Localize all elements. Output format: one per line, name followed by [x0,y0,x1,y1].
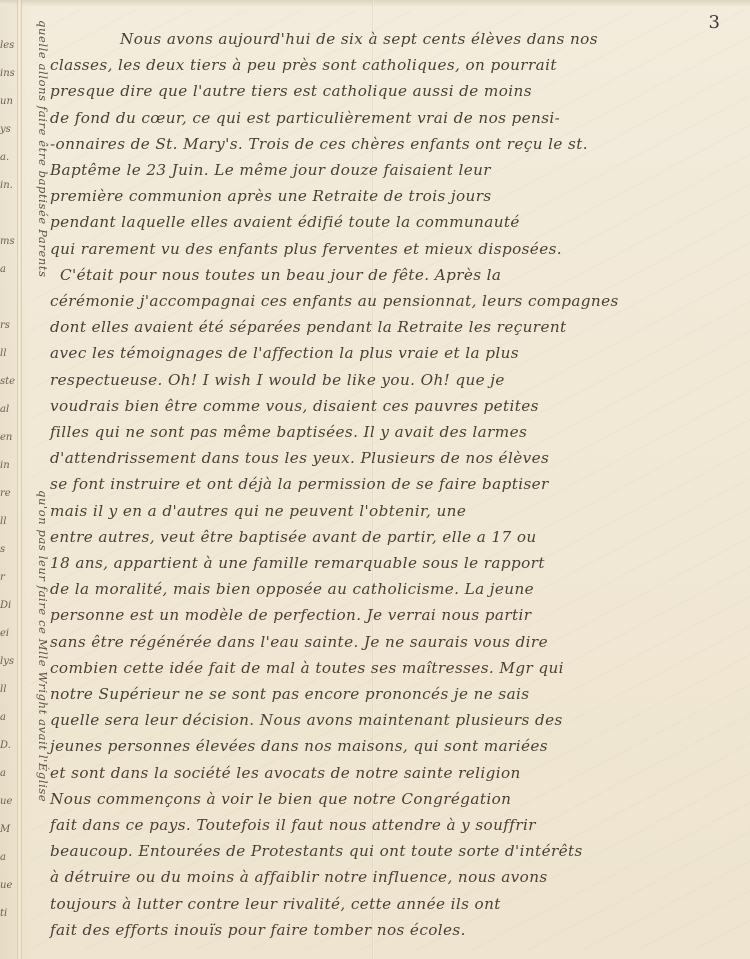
edge-fragment: in. [0,180,16,191]
letter-line: qui rarement vu des enfants plus fervent… [50,240,562,258]
letter-line: de la moralité, mais bien opposée au cat… [50,580,534,598]
letter-line: voudrais bien être comme vous, disaient … [50,397,539,415]
margin-note-upper: quelle allons faire être baptisée Parent… [36,20,50,278]
letter-line: de fond du cœur, ce qui est particulière… [50,109,560,127]
letter-page: 3 lesinsunysa.in.msarsllstealeninrellsrD… [0,0,750,959]
margin-note-lower: qu'on pas leur faire ce Mlle Wright avai… [36,490,50,802]
letter-line: respectueuse. Oh! I wish I would be like… [50,371,505,389]
edge-fragment: a. [0,152,16,163]
edge-fragment: ll [0,516,16,527]
letter-line: et sont dans la société les avocats de n… [50,764,521,782]
letter-line: quelle sera leur décision. Nous avons ma… [50,711,563,729]
edge-fragment: a [0,264,16,275]
edge-fragment: rs [0,320,16,331]
edge-fragment: M [0,824,16,835]
vertical-margin-note: quelle allons faire être baptisée Parent… [24,20,44,950]
edge-fragment: ste [0,376,16,387]
letter-line: mais il y en a d'autres qui ne peuvent l… [50,502,466,520]
letter-line: avec les témoignages de l'affection la p… [50,344,519,362]
letter-line: dont elles avaient été séparées pendant … [50,318,567,336]
letter-line: d'attendrissement dans tous les yeux. Pl… [50,449,549,467]
letter-line: toujours à lutter contre leur rivalité, … [50,895,501,913]
letter-line: sans être régénérée dans l'eau sainte. J… [50,633,548,651]
letter-line: presque dire que l'autre tiers est catho… [50,82,532,100]
edge-fragment: lys [0,656,16,667]
letter-line: pendant laquelle elles avaient édifié to… [50,213,520,231]
letter-line: première communion après une Retraite de… [50,187,492,205]
page-number: 3 [709,12,720,33]
letter-line: 18 ans, appartient à une famille remarqu… [50,554,545,572]
edge-fragment: re [0,488,16,499]
letter-line: fait dans ce pays. Toutefois il faut nou… [50,816,536,834]
letter-line: entre autres, veut être baptisée avant d… [50,528,537,546]
edge-fragment: en [0,432,16,443]
letter-line: personne est un modèle de perfection. Je… [50,606,531,624]
letter-line: se font instruire et ont déjà la permiss… [50,475,549,493]
edge-fragment: in [0,460,16,471]
edge-fragment: ys [0,124,16,135]
letter-line: cérémonie j'accompagnai ces enfants au p… [50,292,619,310]
left-fold-line [17,0,22,959]
letter-line: filles qui ne sont pas même baptisées. I… [50,423,527,441]
edge-fragment: a [0,768,16,779]
edge-fragment: ue [0,796,16,807]
edge-fragment: les [0,40,16,51]
edge-fragment: un [0,96,16,107]
edge-fragment: ei [0,628,16,639]
edge-fragment: ms [0,236,16,247]
letter-line: -onnaires de St. Mary's. Trois de ces ch… [50,135,588,153]
letter-line: Baptême le 23 Juin. Le même jour douze f… [50,161,491,179]
edge-fragment: ue [0,880,16,891]
paper-top-edge [0,0,750,6]
letter-line: combien cette idée fait de mal à toutes … [50,659,564,677]
edge-fragment: ll [0,348,16,359]
letter-line: classes, les deux tiers à peu près sont … [50,56,557,74]
adjacent-page-edge: lesinsunysa.in.msarsllstealeninrellsrDie… [0,0,16,959]
edge-fragment: ll [0,684,16,695]
edge-fragment: al [0,404,16,415]
letter-line: à détruire ou du moins à affaiblir notre… [50,868,548,886]
edge-fragment: Di [0,600,16,611]
letter-line: beaucoup. Entourées de Protestants qui o… [50,842,583,860]
letter-line: fait des efforts inouïs pour faire tombe… [50,921,466,939]
edge-fragment: a [0,852,16,863]
edge-fragment: a [0,712,16,723]
letter-line: notre Supérieur ne se sont pas encore pr… [50,685,530,703]
letter-line: Nous avons aujourd'hui de six à sept cen… [120,30,598,48]
letter-line: Nous commençons à voir le bien que notre… [50,790,511,808]
edge-fragment: ins [0,68,16,79]
edge-fragment: ti [0,908,16,919]
edge-fragment: D. [0,740,16,751]
letter-line: jeunes personnes élevées dans nos maison… [50,737,548,755]
letter-line: C'était pour nous toutes un beau jour de… [60,266,501,284]
edge-fragment: s [0,544,16,555]
edge-fragment: r [0,572,16,583]
